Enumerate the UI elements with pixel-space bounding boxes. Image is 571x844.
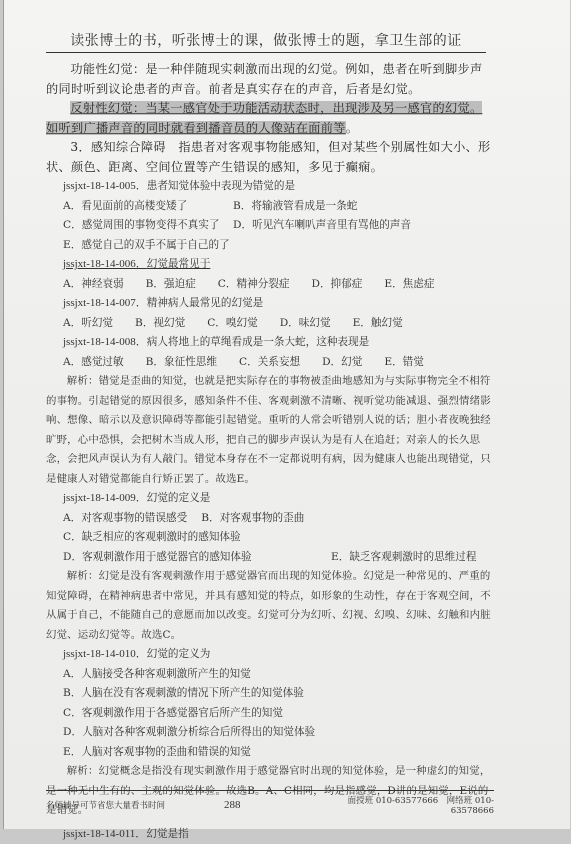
option-e: E．缺乏客观刺激时的思维过程 (331, 548, 476, 568)
option-e: E．焦虑症 (384, 275, 434, 295)
option-a: A．看见面前的高楼变矮了 (63, 197, 233, 217)
option-a: A．对客观事物的错误感受 (63, 509, 187, 529)
question-options: A．感觉过敏 B．象征性思维 C．关系妄想 D．幻觉 E．错觉 (63, 353, 494, 373)
option-b: B．人脑在没有客观刺激的情况下所产生的知觉体验 (63, 684, 472, 704)
option-b: B．视幻觉 (135, 314, 185, 334)
option-a: A．听幻觉 (63, 314, 113, 334)
option-b: B．对客观事物的歪曲 (201, 509, 304, 529)
page-number: 288 (224, 799, 314, 811)
option-e: E．触幻觉 (353, 314, 403, 334)
question-stem: jssjxt-18-14-010．幻觉的定义为 (63, 645, 494, 665)
option-a: A．神经衰弱 (63, 275, 124, 295)
question-stem: jssjxt-18-14-008．病人将地上的草绳看成是一条大蛇，这种表现是 (63, 333, 494, 353)
option-c: C．感觉周围的事物变得不真实了 (63, 216, 233, 236)
page-header: 读张博士的书，听张博士的课，做张博士的题，拿卫生部的证 (46, 30, 486, 53)
page-content: 功能性幻觉：是一种伴随现实刺激而出现的幻觉。例如，患者在听到脚步声的同时听到议论… (46, 60, 494, 829)
option-d: D．客观刺激作用于感觉器官的感知体验 (63, 548, 331, 568)
paragraph-perception-synthesis: 3．感知综合障碍 指患者对客观事物能感知，但对某些个别属性如大小、形状、颜色、距… (46, 138, 494, 177)
paragraph-reflex-hallucination: 反射性幻觉：当某一感官处于功能活动状态时，出现涉及另一感官的幻觉。如听到广播声音… (46, 99, 494, 138)
explanation: 解析：错觉是歪曲的知觉，也就是把实际存在的事物被歪曲地感知为与实际事物完全不相符… (46, 372, 494, 489)
option-a: A．感觉过敏 (63, 353, 124, 373)
question-stem: jssjxt-18-14-009．幻觉的定义是 (63, 489, 494, 509)
question-options: A．听幻觉 B．视幻觉 C．嗅幻觉 D．味幻觉 E．触幻觉 (63, 314, 494, 334)
option-b: B．象征性思维 (146, 353, 217, 373)
explanation: 解析：幻觉是没有客观刺激作用于感觉器官而出现的知觉体验。幻觉是一种常见的、严重的… (46, 567, 494, 645)
question-options: A．人脑接受各种客观刺激所产生的知觉 B．人脑在没有客观刺激的情况下所产生的知觉… (63, 665, 494, 763)
option-d: D．幻觉 (322, 353, 362, 373)
option-d: D．人脑对各种客观刺激分析综合后所得出的知觉体验 (63, 723, 472, 743)
paragraph-functional-hallucination: 功能性幻觉：是一种伴随现实刺激而出现的幻觉。例如，患者在听到脚步声的同时听到议论… (46, 60, 494, 99)
question-stem: jssjxt-18-14-006．幻觉最常见于 (63, 255, 494, 275)
option-e: E．感觉自己的双手不属于自己的了 (63, 236, 233, 256)
option-e: E．人脑对客观事物的歪曲和错误的知觉 (63, 743, 472, 763)
question-options: A．对客观事物的错误感受 B．对客观事物的歪曲 C．缺乏相应的客观刺激时的感知体… (63, 509, 494, 568)
option-b: B．强迫症 (146, 275, 196, 295)
footer-contact: 面授班 010-63577666 网络班 010-63578666 (314, 794, 494, 816)
question-stem: jssjxt-18-14-011．幻觉是指 (63, 825, 494, 830)
question-options: A．看见面前的高楼变矮了 B．将输液管看成是一条蛇 C．感觉周围的事物变得不真实… (63, 197, 494, 256)
question-options: A．神经衰弱 B．强迫症 C．精神分裂症 D．抑郁症 E．焦虑症 (63, 275, 494, 295)
question-stem: jssjxt-18-14-005．患者知觉体验中表现为错觉的是 (63, 177, 494, 197)
footer-slogan: 名师辅导可节省您大量看书时间 (46, 799, 224, 811)
highlighted-text: 反射性幻觉：当某一感官处于功能活动状态时，出现涉及另一感官的幻觉。如听到广播声音… (46, 101, 482, 135)
option-d: D．听见汽车喇叭声音里有骂他的声音 (233, 216, 478, 236)
option-c: C．客观刺激作用于各感觉器官后所产生的知觉 (63, 704, 472, 724)
option-d: D．味幻觉 (280, 314, 331, 334)
option-c: C．嗅幻觉 (207, 314, 257, 334)
option-e: E．错觉 (384, 353, 424, 373)
option-a: A．人脑接受各种客观刺激所产生的知觉 (63, 665, 472, 685)
option-c: C．精神分裂症 (218, 275, 290, 295)
option-c: C．缺乏相应的客观刺激时的感知体验 (63, 528, 241, 548)
page-footer: 名师辅导可节省您大量看书时间 288 面授班 010-63577666 网络班 … (46, 790, 494, 816)
header-title: 读张博士的书，听张博士的课，做张博士的题，拿卫生部的证 (70, 33, 462, 49)
option-b: B．将输液管看成是一条蛇 (233, 197, 478, 217)
option-c: C．关系妄想 (239, 353, 300, 373)
option-d: D．抑郁症 (311, 275, 362, 295)
question-stem: jssjxt-18-14-007．精神病人最常见的幻觉是 (63, 294, 494, 314)
document-page: 读张博士的书，听张博士的课，做张博士的题，拿卫生部的证 功能性幻觉：是一种伴随现… (3, 0, 570, 829)
